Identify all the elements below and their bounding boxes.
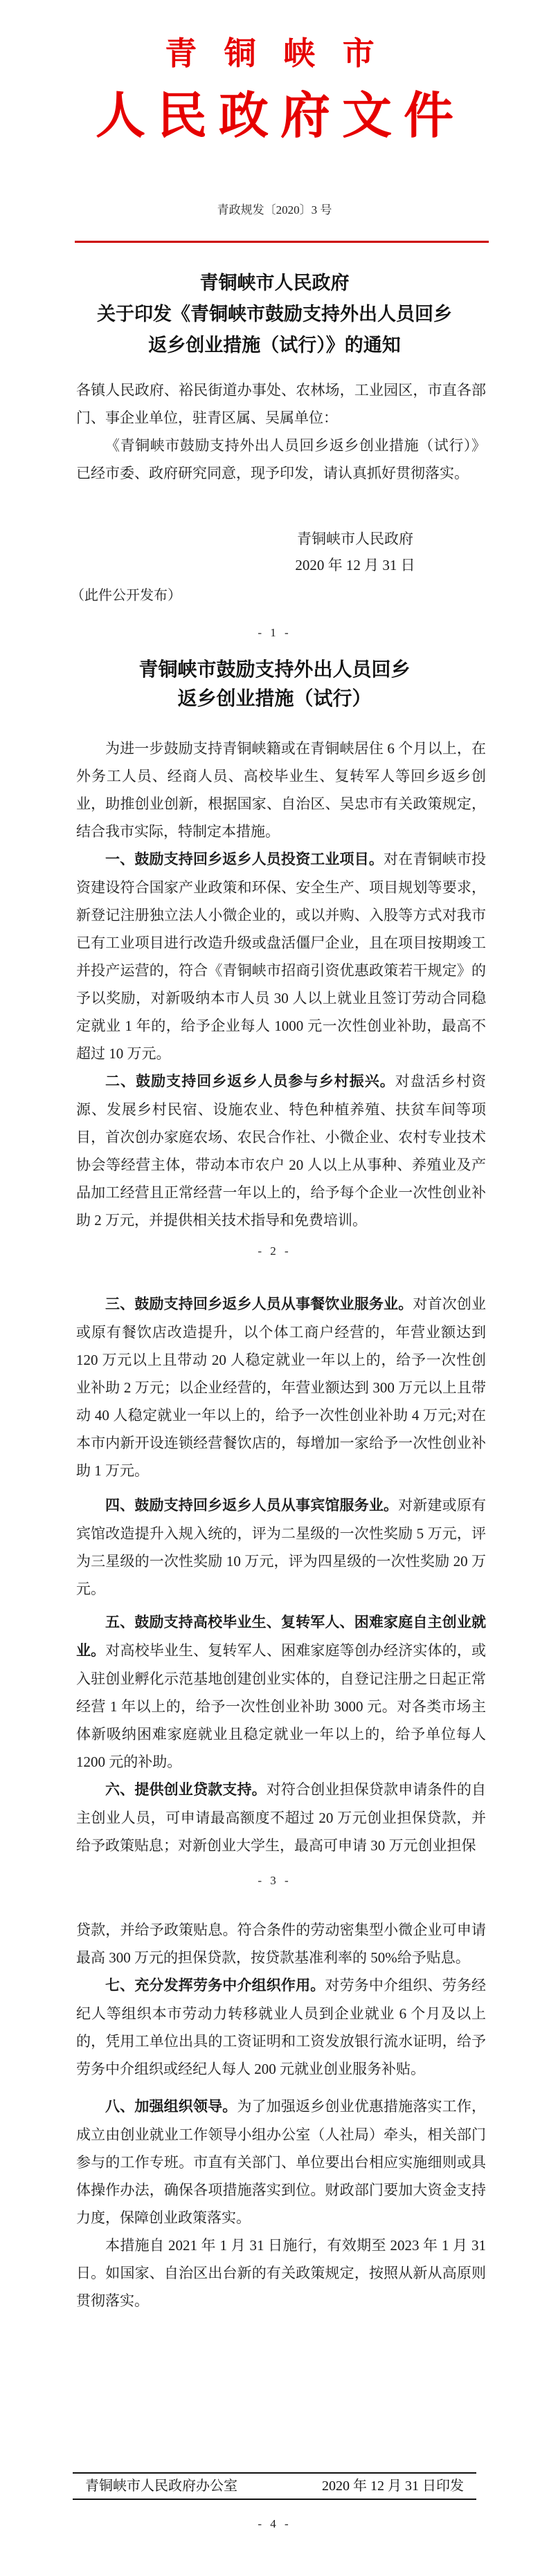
measure-item-6: 六、提供创业贷款支持。对符合创业担保贷款申请条件的自主创业人员，可申请最高额度不… <box>76 1776 486 1859</box>
letterhead-document-type: 人民政府文件 <box>0 86 549 147</box>
measures-title-line-1: 青铜峡市鼓励支持外出人员回乡 <box>0 656 549 685</box>
notice-title-line-1: 青铜峡市人民政府 <box>0 268 549 299</box>
notice-title: 青铜峡市人民政府 关于印发《青铜峡市鼓励支持外出人员回乡 返乡创业措施（试行）》… <box>0 268 549 361</box>
signing-date: 2020 年 12 月 31 日 <box>265 552 445 578</box>
signing-authority: 青铜峡市人民政府 <box>265 526 445 552</box>
measures-title: 青铜峡市鼓励支持外出人员回乡 返乡创业措施（试行） <box>0 656 549 714</box>
page-number-1: - 1 - <box>0 625 549 641</box>
colophon-row: 青铜峡市人民政府办公室 2020 年 12 月 31 日印发 <box>73 2474 476 2499</box>
addressee-line: 各镇人民政府、裕民街道办事处、农林场，工业园区，市直各部门、事企业单位，驻青区属… <box>76 376 486 432</box>
measure-item-3-text: 对首次创业或原有餐饮店改造提升，以个体工商户经营的，年营业额达到 120 万元以… <box>76 1296 486 1479</box>
measure-item-6-heading: 六、提供创业贷款支持。 <box>105 1782 267 1798</box>
measure-item-3: 三、鼓励支持回乡返乡人员从事餐饮业服务业。对首次创业或原有餐饮店改造提升，以个体… <box>76 1290 486 1484</box>
measure-item-8-heading: 八、加强组织领导。 <box>105 2099 237 2115</box>
notice-body: 各镇人民政府、裕民街道办事处、农林场，工业园区，市直各部门、事企业单位，驻青区属… <box>76 376 486 487</box>
measure-item-7: 七、充分发挥劳务中介组织作用。对劳务中介组织、劳务经纪人等组织本市劳动力转移就业… <box>76 1971 486 2083</box>
document-number: 青政规发〔2020〕3 号 <box>0 202 549 219</box>
measures-body: 为进一步鼓励支持青铜峡籍或在青铜峡居住 6 个月以上，在外务工人员、经商人员、高… <box>76 735 486 1234</box>
measure-item-3-heading: 三、鼓励支持回乡返乡人员从事餐饮业服务业。 <box>105 1296 413 1312</box>
government-document-page: 青 铜 峡 市 人民政府文件 青政规发〔2020〕3 号 青铜峡市人民政府 关于… <box>0 0 549 2576</box>
colophon-footer: 青铜峡市人民政府办公室 2020 年 12 月 31 日印发 <box>73 2472 476 2500</box>
print-date: 2020 年 12 月 31 日印发 <box>322 2477 464 2495</box>
measure-item-2-heading: 二、鼓励支持回乡返乡人员参与乡村振兴。 <box>105 1074 395 1089</box>
letterhead-city-name: 青 铜 峡 市 <box>0 33 549 75</box>
measures-intro-paragraph: 为进一步鼓励支持青铜峡籍或在青铜峡居住 6 个月以上，在外务工人员、经商人员、高… <box>76 735 486 845</box>
measures-closing-paragraph: 本措施自 2021 年 1 月 31 日施行，有效期至 2023 年 1 月 3… <box>76 2232 486 2315</box>
signature-block: 青铜峡市人民政府 2020 年 12 月 31 日 <box>265 526 445 578</box>
measure-item-8-text: 为了加强返乡创业优惠措施落实工作，成立由创业就业工作领导小组办公室（人社局）牵头… <box>76 2098 486 2226</box>
measure-item-5: 五、鼓励支持高校毕业生、复转军人、困难家庭自主创业就业。对高校毕业生、复转军人、… <box>76 1608 486 1776</box>
measures-title-line-2: 返乡创业措施（试行） <box>0 685 549 714</box>
measure-item-1-text: 对在青铜峡市投资建设符合国家产业政策和环保、安全生产、项目规划等要求，新登记注册… <box>76 851 486 1062</box>
measures-body-page3: 三、鼓励支持回乡返乡人员从事餐饮业服务业。对首次创业或原有餐饮店改造提升，以个体… <box>76 1290 486 1859</box>
measure-item-2: 二、鼓励支持回乡返乡人员参与乡村振兴。对盘活乡村资源、发展乡村民宿、设施农业、特… <box>76 1067 486 1234</box>
page-number-2: - 2 - <box>0 1244 549 1259</box>
notice-title-line-3: 返乡创业措施（试行）》的通知 <box>0 330 549 361</box>
measure-item-8: 八、加强组织领导。为了加强返乡创业优惠措施落实工作，成立由创业就业工作领导小组办… <box>76 2092 486 2232</box>
measure-item-6-continued: 贷款，并给予政策贴息。符合条件的劳动密集型小微企业可申请最高 300 万元的担保… <box>76 1916 486 1971</box>
page-number-3: - 3 - <box>0 1873 549 1888</box>
page-number-4: - 4 - <box>0 2517 549 2532</box>
notice-title-line-2: 关于印发《青铜峡市鼓励支持外出人员回乡 <box>0 299 549 330</box>
measure-item-4: 四、鼓励支持回乡返乡人员从事宾馆服务业。对新建或原有宾馆改造提升入规入统的，评为… <box>76 1491 486 1603</box>
measure-item-1: 一、鼓励支持回乡返乡人员投资工业项目。对在青铜峡市投资建设符合国家产业政策和环保… <box>76 845 486 1067</box>
issuing-office: 青铜峡市人民政府办公室 <box>85 2477 237 2495</box>
measure-item-5-text: 对高校毕业生、复转军人、困难家庭等创办经济实体的，或入驻创业孵化示范基地创建创业… <box>76 1642 486 1770</box>
measure-item-1-heading: 一、鼓励支持回乡返乡人员投资工业项目。 <box>105 852 384 867</box>
measure-item-2-text: 对盘活乡村资源、发展乡村民宿、设施农业、特色种植养殖、扶贫车间等项目，首次创办家… <box>76 1073 486 1229</box>
public-release-note: （此件公开发布） <box>71 585 549 606</box>
notice-body-paragraph: 《青铜峡市鼓励支持外出人员回乡返乡创业措施（试行）》已经市委、政府研究同意，现予… <box>76 432 486 487</box>
measure-item-7-heading: 七、充分发挥劳务中介组织作用。 <box>105 1978 325 1994</box>
measures-body-page4: 贷款，并给予政策贴息。符合条件的劳动密集型小微企业可申请最高 300 万元的担保… <box>76 1916 486 2315</box>
measure-item-4-heading: 四、鼓励支持回乡返乡人员从事宾馆服务业。 <box>105 1498 398 1514</box>
red-divider-line <box>75 241 489 243</box>
